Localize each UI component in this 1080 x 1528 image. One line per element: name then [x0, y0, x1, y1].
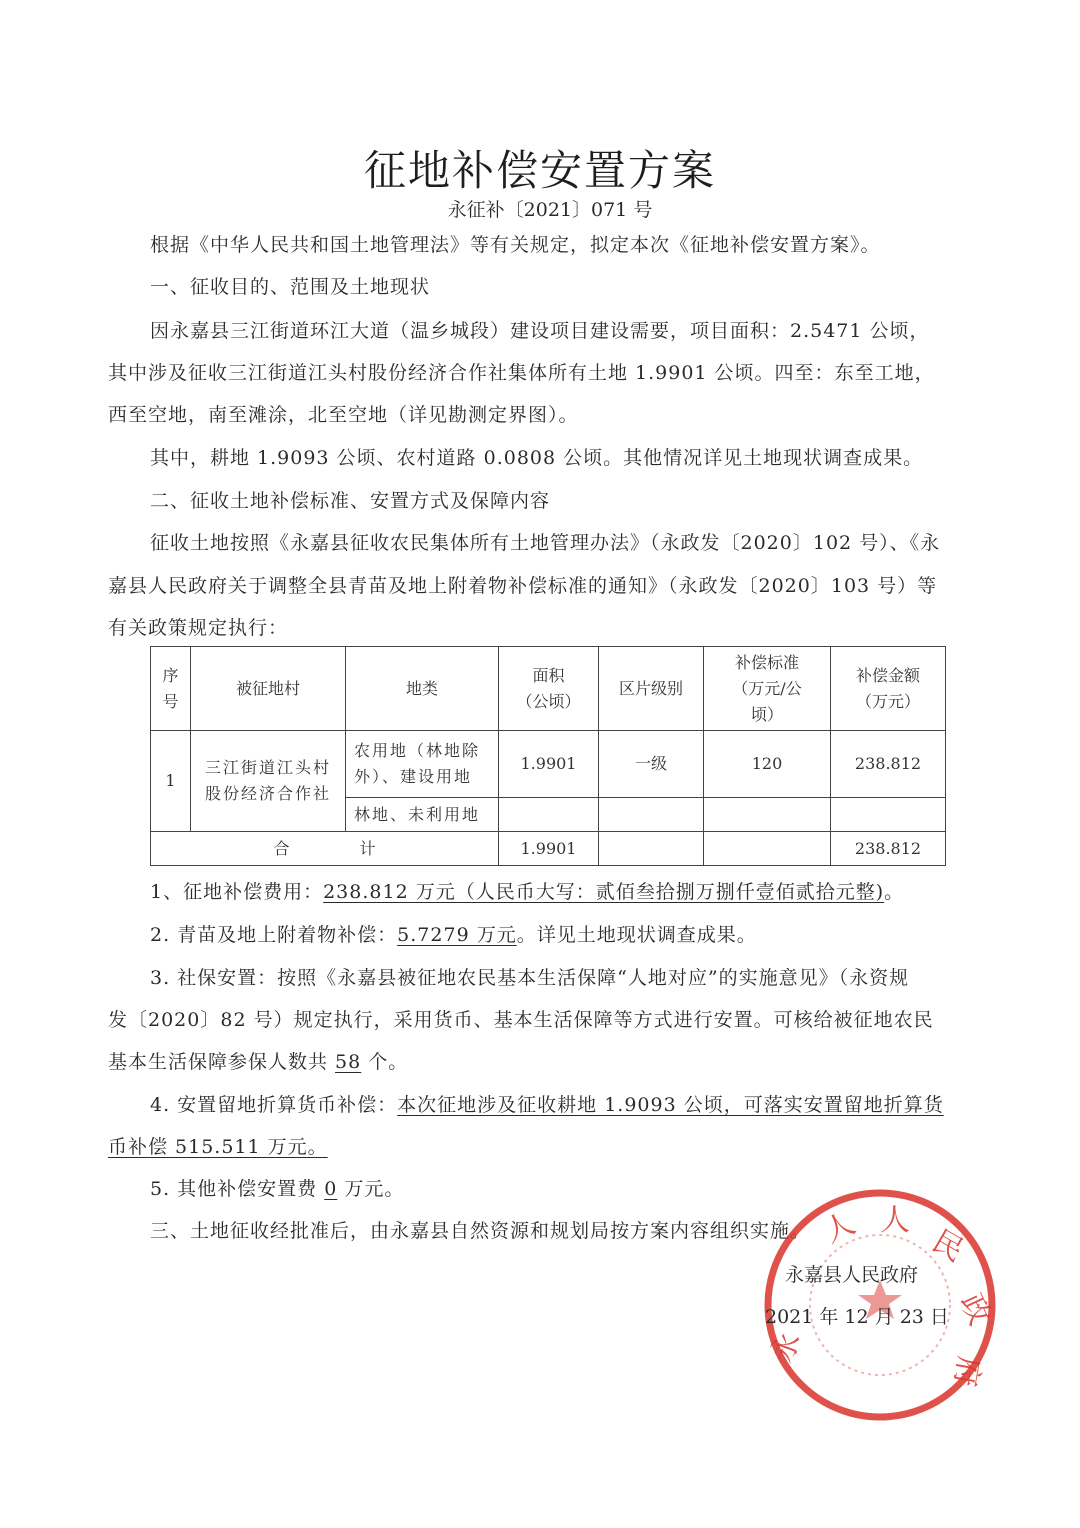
header-village: 被征地村 — [191, 647, 346, 731]
cell-area: 1.9901 — [499, 731, 599, 798]
item3-line1: 3. 社保安置：按照《永嘉县被征地农民基本生活保障“人地对应”的实施意见》（永资… — [150, 963, 909, 990]
section2-heading: 二、征收土地补偿标准、安置方式及保障内容 — [150, 486, 550, 513]
cell-amount: 238.812 — [831, 731, 946, 798]
header-land-type: 地类 — [346, 647, 499, 731]
cell-total-standard — [704, 832, 831, 866]
section1-para1-line2: 其中涉及征收三江街道江头村股份经济合作社集体所有土地 1.9901 公顷。四至：… — [108, 358, 935, 385]
header-standard: 补偿标准（万元/公顷） — [704, 647, 831, 731]
item3-line2: 发〔2020〕82 号）规定执行，采用货币、基本生活保障等方式进行安置。可核给被… — [108, 1005, 934, 1032]
section3-paragraph: 三、土地征收经批准后，由永嘉县自然资源和规划局按方案内容组织实施。 — [150, 1216, 810, 1243]
svg-text:府: 府 — [947, 1354, 987, 1390]
item3-line3: 基本生活保障参保人数共 58 个。 — [108, 1047, 408, 1074]
cell-total-label: 合计 — [151, 832, 499, 866]
cell-seq: 1 — [151, 731, 191, 832]
cell-total-amount: 238.812 — [831, 832, 946, 866]
table-total-row: 合计 1.9901 238.812 — [151, 832, 946, 866]
section1-para1-line1: 因永嘉县三江街道环江大道（温乡城段）建设项目建设需要，项目面积：2.5471 公… — [150, 316, 930, 343]
header-area: 面积（公顷） — [499, 647, 599, 731]
section2-para-line3: 有关政策规定执行： — [108, 613, 288, 640]
svg-text:人: 人 — [880, 1203, 910, 1238]
item1: 1、征地补偿费用：238.812 万元（人民币大写：贰佰叁拾捌万捌仟壹佰贰拾元整… — [150, 877, 904, 904]
item4-line1: 4. 安置留地折算货币补偿：本次征地涉及征收耕地 1.9093 公顷，可落实安置… — [150, 1090, 944, 1117]
cell-land-type: 农用地（林地除外）、建设用地 — [346, 731, 499, 798]
header-seq: 序号 — [151, 647, 191, 731]
item4-line2: 币补偿 515.511 万元。 — [108, 1132, 328, 1159]
cell-village: 三江街道江头村股份经济合作社 — [191, 731, 346, 832]
cell-total-zone — [599, 832, 704, 866]
section1-para2: 其中，耕地 1.9093 公顷、农村道路 0.0808 公顷。其他情况详见土地现… — [150, 443, 923, 470]
item5: 5. 其他补偿安置费 0 万元。 — [150, 1174, 404, 1201]
cell-zone — [599, 798, 704, 832]
section2-para-line1: 征收土地按照《永嘉县征收农民集体所有土地管理办法》（永政发〔2020〕102 号… — [150, 528, 940, 555]
issue-date: 2021 年 12 月 23 日 — [765, 1302, 949, 1329]
cell-land-type: 林地、未利用地 — [346, 798, 499, 832]
section2-para-line2: 嘉县人民政府关于调整全县青苗及地上附着物补偿标准的通知》（永政发〔2020〕10… — [108, 571, 937, 598]
table-row: 1 三江街道江头村股份经济合作社 农用地（林地除外）、建设用地 1.9901 一… — [151, 731, 946, 798]
document-title: 征地补偿安置方案 — [0, 138, 1080, 198]
table-header-row: 序号 被征地村 地类 面积（公顷） 区片级别 补偿标准（万元/公顷） 补偿金额（… — [151, 647, 946, 731]
item2: 2. 青苗及地上附着物补偿：5.7279 万元。详见土地现状调查成果。 — [150, 920, 757, 947]
section1-heading: 一、征收目的、范围及土地现状 — [150, 272, 430, 299]
cell-standard — [704, 798, 831, 832]
document-number: 永征补〔2021〕071 号 — [0, 195, 1080, 222]
cell-standard: 120 — [704, 731, 831, 798]
intro-paragraph: 根据《中华人民共和国土地管理法》等有关规定，拟定本次《征地补偿安置方案》。 — [150, 230, 881, 257]
svg-text:人: 人 — [819, 1206, 861, 1250]
cell-total-area: 1.9901 — [499, 832, 599, 866]
compensation-table: 序号 被征地村 地类 面积（公顷） 区片级别 补偿标准（万元/公顷） 补偿金额（… — [150, 646, 946, 866]
header-amount: 补偿金额（万元） — [831, 647, 946, 731]
cell-amount — [831, 798, 946, 832]
issuer-name: 永嘉县人民政府 — [785, 1260, 918, 1287]
cell-area — [499, 798, 599, 832]
header-zone: 区片级别 — [599, 647, 704, 731]
section1-para1-line3: 西至空地，南至滩涂，北至空地（详见勘测定界图）。 — [108, 400, 579, 427]
cell-zone: 一级 — [599, 731, 704, 798]
